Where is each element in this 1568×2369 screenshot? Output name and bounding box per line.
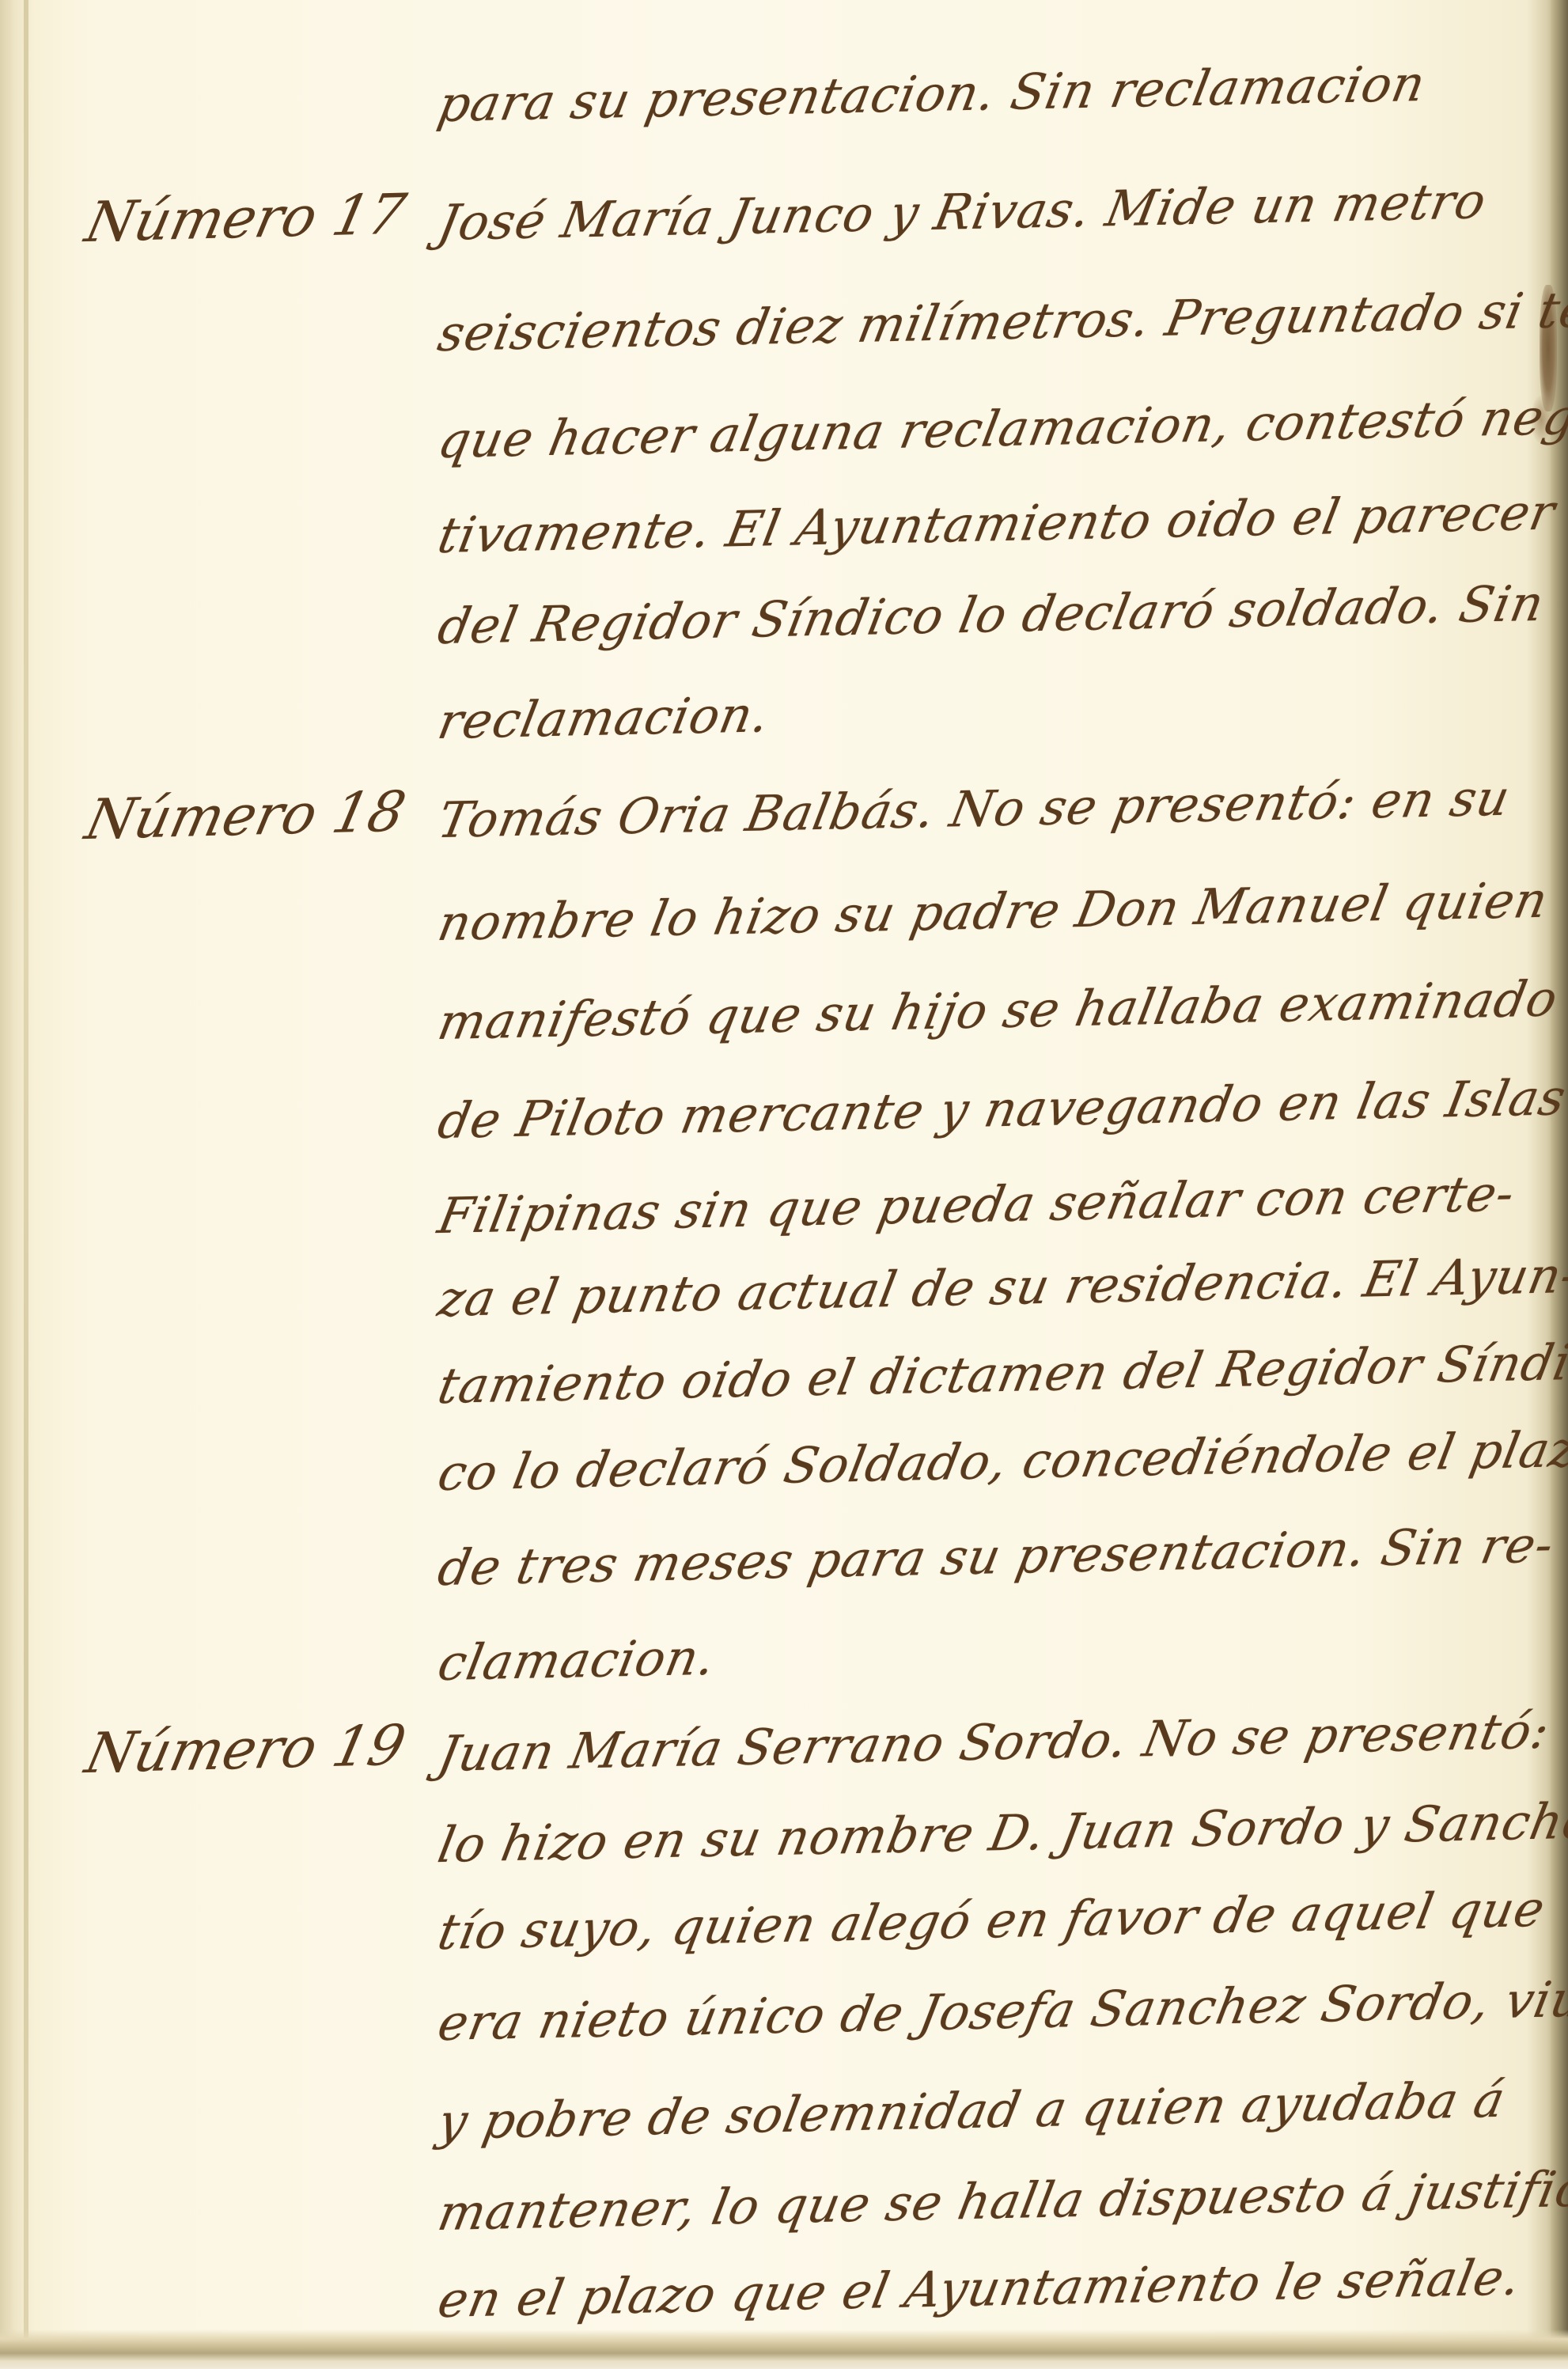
entry-number-label: Número 18	[80, 779, 411, 852]
entry-line: tivamente. El Ayuntamiento oido el parec…	[434, 483, 1560, 564]
entry-line: mantener, lo que se halla dispuesto á ju…	[434, 2159, 1568, 2242]
entry-line: en el plazo que el Ayuntamiento le señal…	[434, 2248, 1526, 2329]
entry-line: za el punto actual de su residencia. El …	[434, 1246, 1568, 1328]
entry-line: tío suyo, quien alegó en favor de aquel …	[434, 1880, 1550, 1962]
entry-line: clamacion.	[434, 1628, 721, 1692]
entry-line: reclamacion.	[434, 685, 775, 750]
entry-line: nombre lo hizo su padre Don Manuel quien	[434, 871, 1553, 953]
entry-line: co lo declaró Soldado, concediéndole el …	[434, 1420, 1568, 1502]
entry-number-label: Número 17	[80, 181, 411, 255]
entry-line: manifestó que su hijo se hallaba examina…	[434, 969, 1562, 1051]
entry-line: del Regidor Síndico lo declaró soldado. …	[434, 574, 1549, 656]
entry-line: José María Junco y Rivas. Mide un metro	[434, 172, 1491, 252]
page-bottom-edge	[0, 2329, 1568, 2369]
entry-line: Filipinas sin que pueda señalar con cert…	[434, 1164, 1520, 1245]
entry-line: que hacer alguna reclamacion, contestó n…	[434, 386, 1568, 469]
page-left-edge	[24, 0, 28, 2369]
manuscript-page: para su presentacion. Sin reclamacion Nú…	[0, 0, 1568, 2369]
entry-line: tamiento oido el dictamen del Regidor Sí…	[434, 1332, 1568, 1415]
entry-line: y pobre de solemnidad a quien ayudaba á	[434, 2071, 1510, 2151]
entry-line: era nieto único de Josefa Sanchez Sordo,…	[434, 1969, 1568, 2052]
continuation-line: para su presentacion. Sin reclamacion	[434, 55, 1430, 133]
entry-line: Juan María Serrano Sordo. No se presentó…	[434, 1701, 1555, 1783]
entry-line: de tres meses para su presentacion. Sin …	[434, 1515, 1559, 1597]
entry-number-label: Número 19	[80, 1712, 411, 1786]
entry-line: de Piloto mercante y navegando en las Is…	[434, 1068, 1568, 1150]
entry-line: lo hizo en su nombre D. Juan Sordo y San…	[434, 1791, 1568, 1874]
entry-line: Tomás Oria Balbás. No se presentó: en su	[434, 769, 1515, 850]
entry-line: seiscientos diez milímetros. Preguntado …	[434, 279, 1568, 362]
